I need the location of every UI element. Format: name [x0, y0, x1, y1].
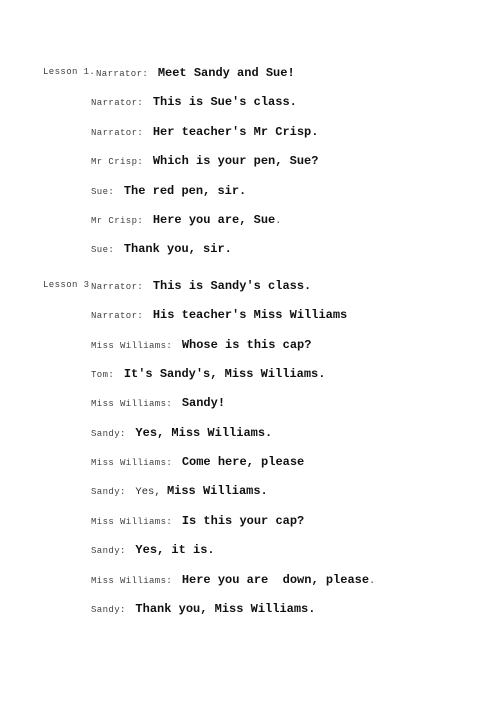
dialogue-line: Narrator: This is Sue's class. [0, 87, 496, 116]
dialogue-text: Miss Williams. [167, 484, 268, 498]
dialogue-text: Is this your cap? [182, 514, 304, 528]
dialogue-text: Come here, please [182, 455, 304, 469]
dialogue-text: Thank you, Miss Williams. [135, 602, 315, 616]
dialogue-line: Sandy: Yes, Miss Williams. [0, 418, 496, 447]
document-page: Lesson 1.Narrator: Meet Sandy and Sue! N… [0, 0, 496, 702]
speaker-label: Narrator: [91, 98, 143, 108]
speaker-label: Miss Williams: [91, 576, 172, 586]
speaker-label: Miss Williams: [91, 458, 172, 468]
dialogue-line: Miss Williams: Sandy! [0, 388, 496, 417]
speaker-label: Miss Williams: [91, 341, 172, 351]
speaker-label: Miss Williams: [91, 517, 172, 527]
dialogue-text: This is Sue's class. [153, 95, 297, 109]
speaker-label: Sue: [91, 187, 114, 197]
dialogue-text: Whose is this cap? [182, 338, 312, 352]
dialogue-text: Thank you, sir. [124, 242, 232, 256]
dialogue-tail: . [275, 216, 281, 227]
dialogue-text: The red pen, sir. [124, 184, 246, 198]
speaker-label: Sandy: [91, 429, 126, 439]
speaker-label: Sandy: [91, 605, 126, 615]
dialogue-line: Sandy: Thank you, Miss Williams. [0, 594, 496, 623]
dialogue-line: Sue: The red pen, sir. [0, 176, 496, 205]
speaker-label: Tom: [91, 370, 114, 380]
dialogue-line: Lesson 3Narrator: This is Sandy's class. [0, 271, 496, 300]
speaker-label: Sandy: [91, 546, 126, 556]
dialogue-text: Yes, Miss Williams. [135, 426, 272, 440]
lesson-label: Lesson 3 [43, 271, 89, 300]
dialogue-text: It's Sandy's, Miss Williams. [124, 367, 326, 381]
dialogue-tail: . [369, 576, 375, 587]
dialogue-text: Her teacher's Mr Crisp. [153, 125, 319, 139]
dialogue-pre: Yes, [135, 486, 167, 498]
dialogue-text: Here you are, Sue [153, 213, 275, 227]
dialogue-text: Sandy! [182, 396, 225, 410]
dialogue-line: Sandy: Yes, Miss Williams. [0, 476, 496, 505]
speaker-label: Sandy: [91, 487, 126, 497]
dialogue-line: Miss Williams: Is this your cap? [0, 506, 496, 535]
speaker-label: Narrator: [91, 282, 143, 292]
dialogue-line: Sandy: Yes, it is. [0, 535, 496, 564]
speaker-label: Mr Crisp: [91, 157, 143, 167]
speaker-label: Sue: [91, 245, 114, 255]
dialogue-text: Which is your pen, Sue? [153, 154, 319, 168]
dialogue-line: Mr Crisp: Which is your pen, Sue? [0, 146, 496, 175]
dialogue-line: Mr Crisp: Here you are, Sue. [0, 205, 496, 234]
dialogue-line: Tom: It's Sandy's, Miss Williams. [0, 359, 496, 388]
speaker-label: Mr Crisp: [91, 216, 143, 226]
dialogue-line: Miss Williams: Here you are down, please… [0, 565, 496, 594]
dialogue-text: Here you are down, please [182, 573, 369, 587]
lesson-label: Lesson 1. [43, 58, 95, 87]
speaker-label: Narrator: [91, 311, 143, 321]
dialogue-line: Miss Williams: Whose is this cap? [0, 330, 496, 359]
dialogue-text: His teacher's Miss Williams [153, 308, 347, 322]
dialogue-line: Lesson 1.Narrator: Meet Sandy and Sue! [0, 58, 496, 87]
dialogue-text: Yes, it is. [135, 543, 214, 557]
speaker-label: Narrator: [96, 69, 148, 79]
dialogue-line: Miss Williams: Come here, please [0, 447, 496, 476]
speaker-label: Miss Williams: [91, 399, 172, 409]
dialogue-line: Narrator: Her teacher's Mr Crisp. [0, 117, 496, 146]
speaker-label: Narrator: [91, 128, 143, 138]
dialogue-text: Meet Sandy and Sue! [158, 66, 295, 80]
dialogue-line: Sue: Thank you, sir. [0, 234, 496, 263]
dialogue-text: This is Sandy's class. [153, 279, 311, 293]
dialogue-line: Narrator: His teacher's Miss Williams [0, 300, 496, 329]
